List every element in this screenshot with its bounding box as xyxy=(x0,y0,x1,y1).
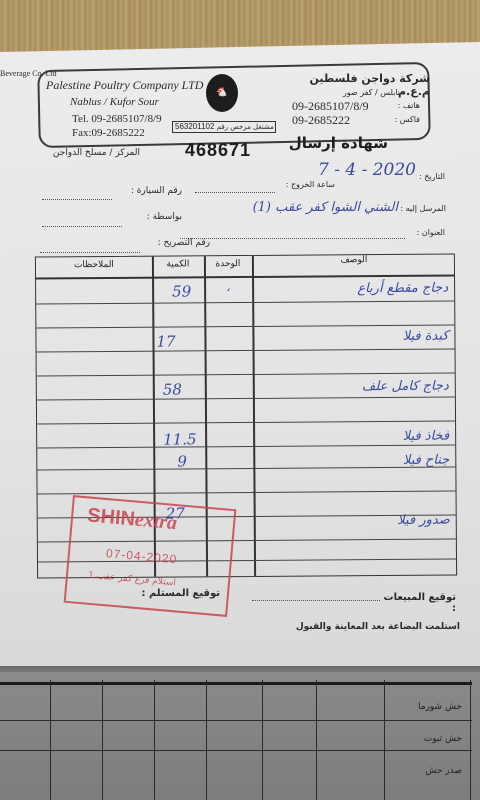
grid-col-line xyxy=(470,680,471,800)
col-divider xyxy=(252,256,256,576)
poultry-logo-icon: 🐔 xyxy=(206,74,238,112)
stamp-brand-script: extra xyxy=(134,509,178,535)
grid-row-line xyxy=(0,750,472,751)
grid-col-line xyxy=(206,680,207,800)
lower-row-label-2: حش تبوت xyxy=(392,734,462,744)
row-line xyxy=(36,325,454,329)
row-1-quantity: 59 xyxy=(172,282,191,300)
permit-line[interactable] xyxy=(40,252,140,253)
sales-signature-line[interactable] xyxy=(252,600,380,601)
permit-number-label: رقم التصريح : xyxy=(140,238,210,248)
row-line xyxy=(37,373,455,377)
permit-number-box: 563201102 مشتغل مرخص رقم xyxy=(172,121,276,133)
row-line xyxy=(37,397,455,401)
header-quantity: الكمية xyxy=(152,259,204,269)
company-tel-en: Tel. 09-2685107/8/9 xyxy=(72,113,162,125)
sales-signature-label: توقيع المبيعات : xyxy=(380,592,456,614)
header-divider xyxy=(36,275,454,279)
via-line[interactable] xyxy=(42,226,122,227)
grid-col-line xyxy=(154,680,155,800)
address-line[interactable] xyxy=(180,238,405,239)
header-description: الوصف xyxy=(252,255,456,266)
lower-row-label-1: حش شورما xyxy=(392,702,462,712)
row-5-quantity: 58 xyxy=(163,380,182,398)
row-8-description: جناح فيلا xyxy=(263,453,449,469)
row-8-quantity: 9 xyxy=(177,452,187,470)
subheader-ar: المركز / مسلخ الدواجن xyxy=(40,148,140,158)
permit-label-ar: مشتغل مرخص رقم xyxy=(217,123,274,131)
vehicle-number-line[interactable] xyxy=(42,199,112,200)
sent-to-label: المرسل إليه : xyxy=(396,204,446,213)
row-7-quantity: 11.5 xyxy=(163,430,197,448)
row-10-description: صدور فيلا xyxy=(264,513,450,529)
company-fax-label-ar: فاكس : xyxy=(380,115,420,124)
company-tel-label-ar: هاتف : xyxy=(380,101,420,110)
row-1-description: دجاج مقطع أرباع xyxy=(262,281,448,297)
address-label: العنوان : xyxy=(405,228,445,237)
company-tel-ar-number: 09-2685107/8/9 xyxy=(292,99,369,114)
header-notes: الملاحظات xyxy=(36,260,152,271)
company-address-ar: نابلس / كفر صور xyxy=(320,88,400,97)
stamp-brand-text: SHIN xyxy=(86,504,136,530)
grid-col-line xyxy=(316,680,317,800)
stamp-date: 07-04-2020 xyxy=(105,546,177,566)
row-3-description: كبدة فيلا xyxy=(262,329,448,345)
row-line xyxy=(38,491,456,495)
company-name-en: Palestine Poultry Company LTD xyxy=(46,78,203,93)
company-address-en: Nablus / Kufor Sour xyxy=(70,96,159,108)
exit-time-label: ساعة الخروج : xyxy=(275,180,335,189)
stamp-brand: SHINextra xyxy=(86,504,178,535)
vehicle-number-label: رقم السيارة : xyxy=(112,186,182,196)
header-unit: الوحدة xyxy=(204,259,252,269)
row-line xyxy=(36,301,454,305)
row-7-description: فخاذ فيلا xyxy=(263,429,449,445)
exit-time-line[interactable] xyxy=(195,192,275,193)
company-fax-ar-number: 09-2685222 xyxy=(292,113,350,128)
serial-number: 468671 xyxy=(185,140,251,161)
date-value[interactable]: 7 - 4 - 2020 xyxy=(318,160,416,180)
grid-col-line xyxy=(384,680,385,800)
document-title: شهادة إرسال xyxy=(268,134,388,152)
grid-row-line xyxy=(0,720,472,721)
row-3-quantity: 17 xyxy=(156,332,175,350)
date-label: التاريخ : xyxy=(405,172,445,181)
sent-to-value[interactable]: الشني الشوا كفر عقب (1) xyxy=(198,200,398,215)
receiver-signature-label: توقيع المستلم : xyxy=(140,588,220,599)
acceptance-note: استلمت البضاعة بعد المعاينة والقبول xyxy=(280,622,460,632)
grid-col-line xyxy=(50,680,51,800)
via-label: بواسطة : xyxy=(122,212,182,222)
row-5-description: دجاج كامل علف xyxy=(263,379,449,395)
permit-number: 563201102 xyxy=(175,122,214,131)
lower-row-label-3: صدر حش xyxy=(392,766,462,776)
row-line xyxy=(37,349,455,353)
row-line xyxy=(37,421,455,425)
stamp-branch: استلام فرع كفر عقب 1 xyxy=(88,571,177,589)
grid-col-line xyxy=(262,680,263,800)
company-fax-en: Fax:09-2685222 xyxy=(72,127,145,139)
grid-top-border xyxy=(0,682,472,685)
grid-col-line xyxy=(102,680,103,800)
row-1-unit: ، xyxy=(226,280,230,294)
row-line xyxy=(37,445,455,449)
lower-sheet-grid: حش شورما حش تبوت صدر حش xyxy=(0,680,472,800)
